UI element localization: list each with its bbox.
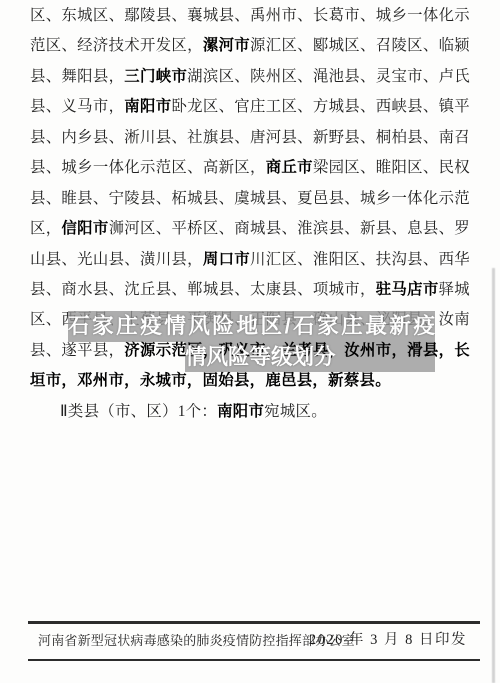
text-segment: 湖滨区、陕州区、渑池县、灵宝市、卢氏 (187, 68, 470, 85)
scanned-document-page: 区、东城区、鄢陵县、襄城县、禹州市、长葛市、城乡一体化示范区、经济技术开发区，漯… (0, 0, 500, 683)
city-name-bold: 商丘市 (266, 159, 313, 176)
scan-edge-artifact (492, 268, 495, 683)
text-segment: 宛城区。 (264, 403, 327, 420)
text-segment: 源汇区、郾城区、召陵区、临颍 (250, 37, 470, 54)
text-segment: 县、遂平县， (30, 342, 124, 359)
text-segment: 范区、经济技术开发区， (30, 37, 203, 54)
document-line: 县、义马市，南阳市卧龙区、官庄工区、方城县、西峡县、镇平 (30, 92, 470, 122)
city-name-bold: 漯河市 (203, 37, 250, 54)
footer-rule-bottom (28, 659, 480, 661)
document-line: Ⅱ类县（市、区）1个：南阳市宛城区。 (30, 397, 470, 427)
footer-rule-top (28, 621, 480, 624)
text-segment: 山县、光山县、潢川县， (30, 251, 203, 268)
document-line: 山县、光山县、潢川县，周口市川汇区、淮阳区、扶沟县、西华 (30, 245, 470, 275)
document-line: 县、城乡一体化示范区、高新区，商丘市梁园区、睢阳区、民权 (30, 153, 470, 183)
text-segment: 梁园区、睢阳区、民权 (313, 159, 470, 176)
city-name-bold: 垣市，邓州市，永城市，固始县，鹿邑县，新蔡县。 (30, 372, 391, 389)
footer-issuer: 河南省新型冠状病毒感染的肺炎疫情防控指挥部办公室 (38, 630, 355, 652)
city-name-bold: 信阳市 (61, 220, 108, 237)
text-segment: 县、内乡县、淅川县、社旗县、唐河县、新野县、桐柏县、南召 (30, 129, 470, 146)
document-line: 区、东城区、鄢陵县、襄城县、禹州市、长葛市、城乡一体化示 (30, 1, 470, 31)
footer-date: 2020 年 3 月 8 日印发 (309, 629, 467, 651)
watermark-title-line2: 情风险等级划分 (185, 342, 435, 372)
text-segment: 县、义马市， (30, 98, 124, 115)
city-name-bold: 驻马店市 (376, 281, 439, 298)
city-name-bold: 南阳市 (124, 98, 171, 115)
text-segment: 县、睢县、宁陵县、柘城县、虞城县、夏邑县、城乡一体化示范 (30, 190, 470, 207)
watermark-title-line1: 石家庄疫情风险地区/石家庄最新疫 (68, 311, 435, 342)
text-segment: 区， (30, 220, 61, 237)
text-segment: 川汇区、淮阳区、扶沟县、西华 (250, 251, 470, 268)
document-line: 范区、经济技术开发区，漯河市源汇区、郾城区、召陵区、临颍 (30, 31, 470, 61)
text-segment: Ⅱ类县（市、区）1个： (60, 403, 217, 420)
text-segment: 县、商水县、沈丘县、郸城县、太康县、项城市， (30, 281, 376, 298)
document-line: 县、商水县、沈丘县、郸城县、太康县、项城市，驻马店市驿城 (30, 275, 470, 305)
document-line: 县、舞阳县，三门峡市湖滨区、陕州区、渑池县、灵宝市、卢氏 (30, 62, 470, 92)
text-segment: 驿城 (439, 281, 470, 298)
text-segment: 浉河区、平桥区、商城县、淮滨县、新县、息县、罗 (109, 220, 470, 237)
document-line: 县、内乡县、淅川县、社旗县、唐河县、新野县、桐柏县、南召 (30, 123, 470, 153)
document-line: 县、睢县、宁陵县、柘城县、虞城县、夏邑县、城乡一体化示范 (30, 184, 470, 214)
text-segment: 县、舞阳县， (30, 68, 124, 85)
document-line: 区，信阳市浉河区、平桥区、商城县、淮滨县、新县、息县、罗 (30, 214, 470, 244)
city-name-bold: 三门峡市 (124, 68, 187, 85)
city-name-bold: 南阳市 (217, 403, 264, 420)
text-segment: 区、东城区、鄢陵县、襄城县、禹州市、长葛市、城乡一体化示 (30, 7, 470, 24)
text-segment: 县、城乡一体化示范区、高新区， (30, 159, 266, 176)
city-name-bold: 周口市 (203, 251, 250, 268)
text-segment: 卧龙区、官庄工区、方城县、西峡县、镇平 (171, 98, 470, 115)
